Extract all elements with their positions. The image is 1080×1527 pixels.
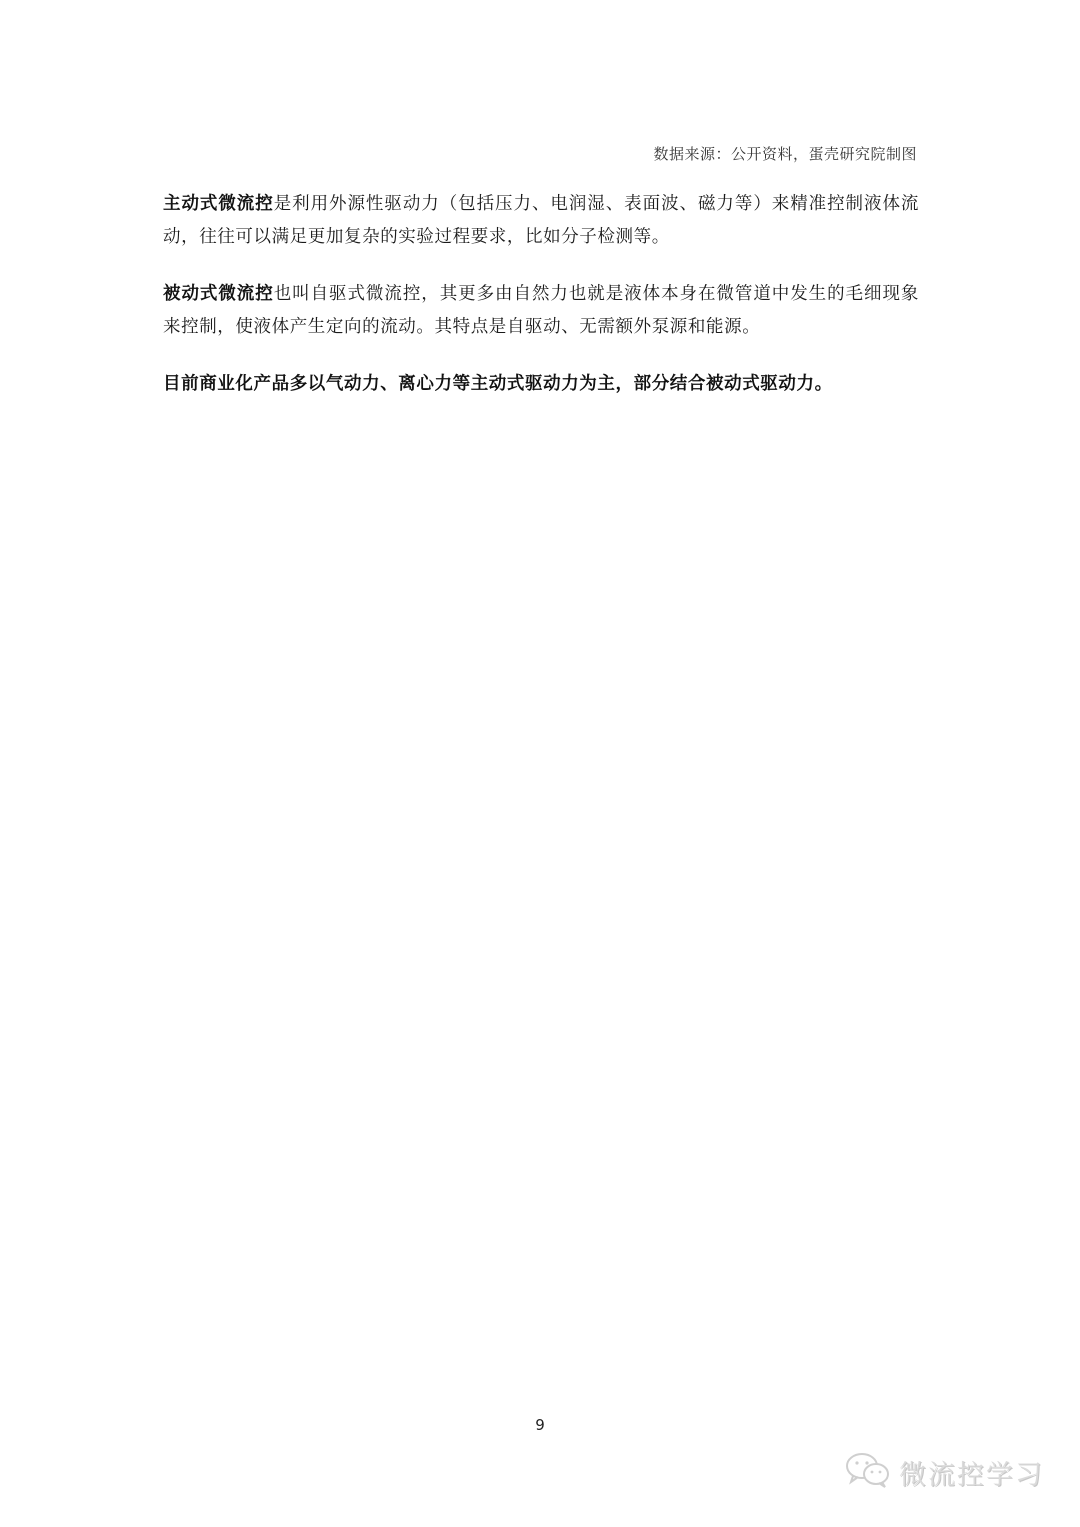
wechat-icon [845, 1452, 891, 1492]
paragraph-text: 是利用外源性驱动力（包括压力、电润湿、表面波、磁力等）来精准控制液体流动，往往可… [163, 194, 919, 247]
watermark: 微流控学习 [845, 1452, 1044, 1492]
source-note: 数据来源：公开资料，蛋壳研究院制图 [653, 143, 917, 164]
watermark-text: 微流控学习 [899, 1453, 1044, 1492]
paragraph-passive-microfluidics: 被动式微流控也叫自驱式微流控，其更多由自然力也就是液体本身在微管道中发生的毛细现… [163, 278, 919, 344]
term-passive-microfluidics: 被动式微流控 [163, 284, 274, 304]
paragraph-text: 也叫自驱式微流控，其更多由自然力也就是液体本身在微管道中发生的毛细现象来控制，使… [163, 284, 919, 337]
document-body: 主动式微流控是利用外源性驱动力（包括压力、电润湿、表面波、磁力等）来精准控制液体… [163, 188, 919, 425]
paragraph-active-microfluidics: 主动式微流控是利用外源性驱动力（包括压力、电润湿、表面波、磁力等）来精准控制液体… [163, 188, 919, 254]
page-number: 9 [0, 1416, 1080, 1434]
summary-paragraph: 目前商业化产品多以气动力、离心力等主动式驱动力为主，部分结合被动式驱动力。 [163, 368, 919, 401]
term-active-microfluidics: 主动式微流控 [163, 194, 274, 214]
